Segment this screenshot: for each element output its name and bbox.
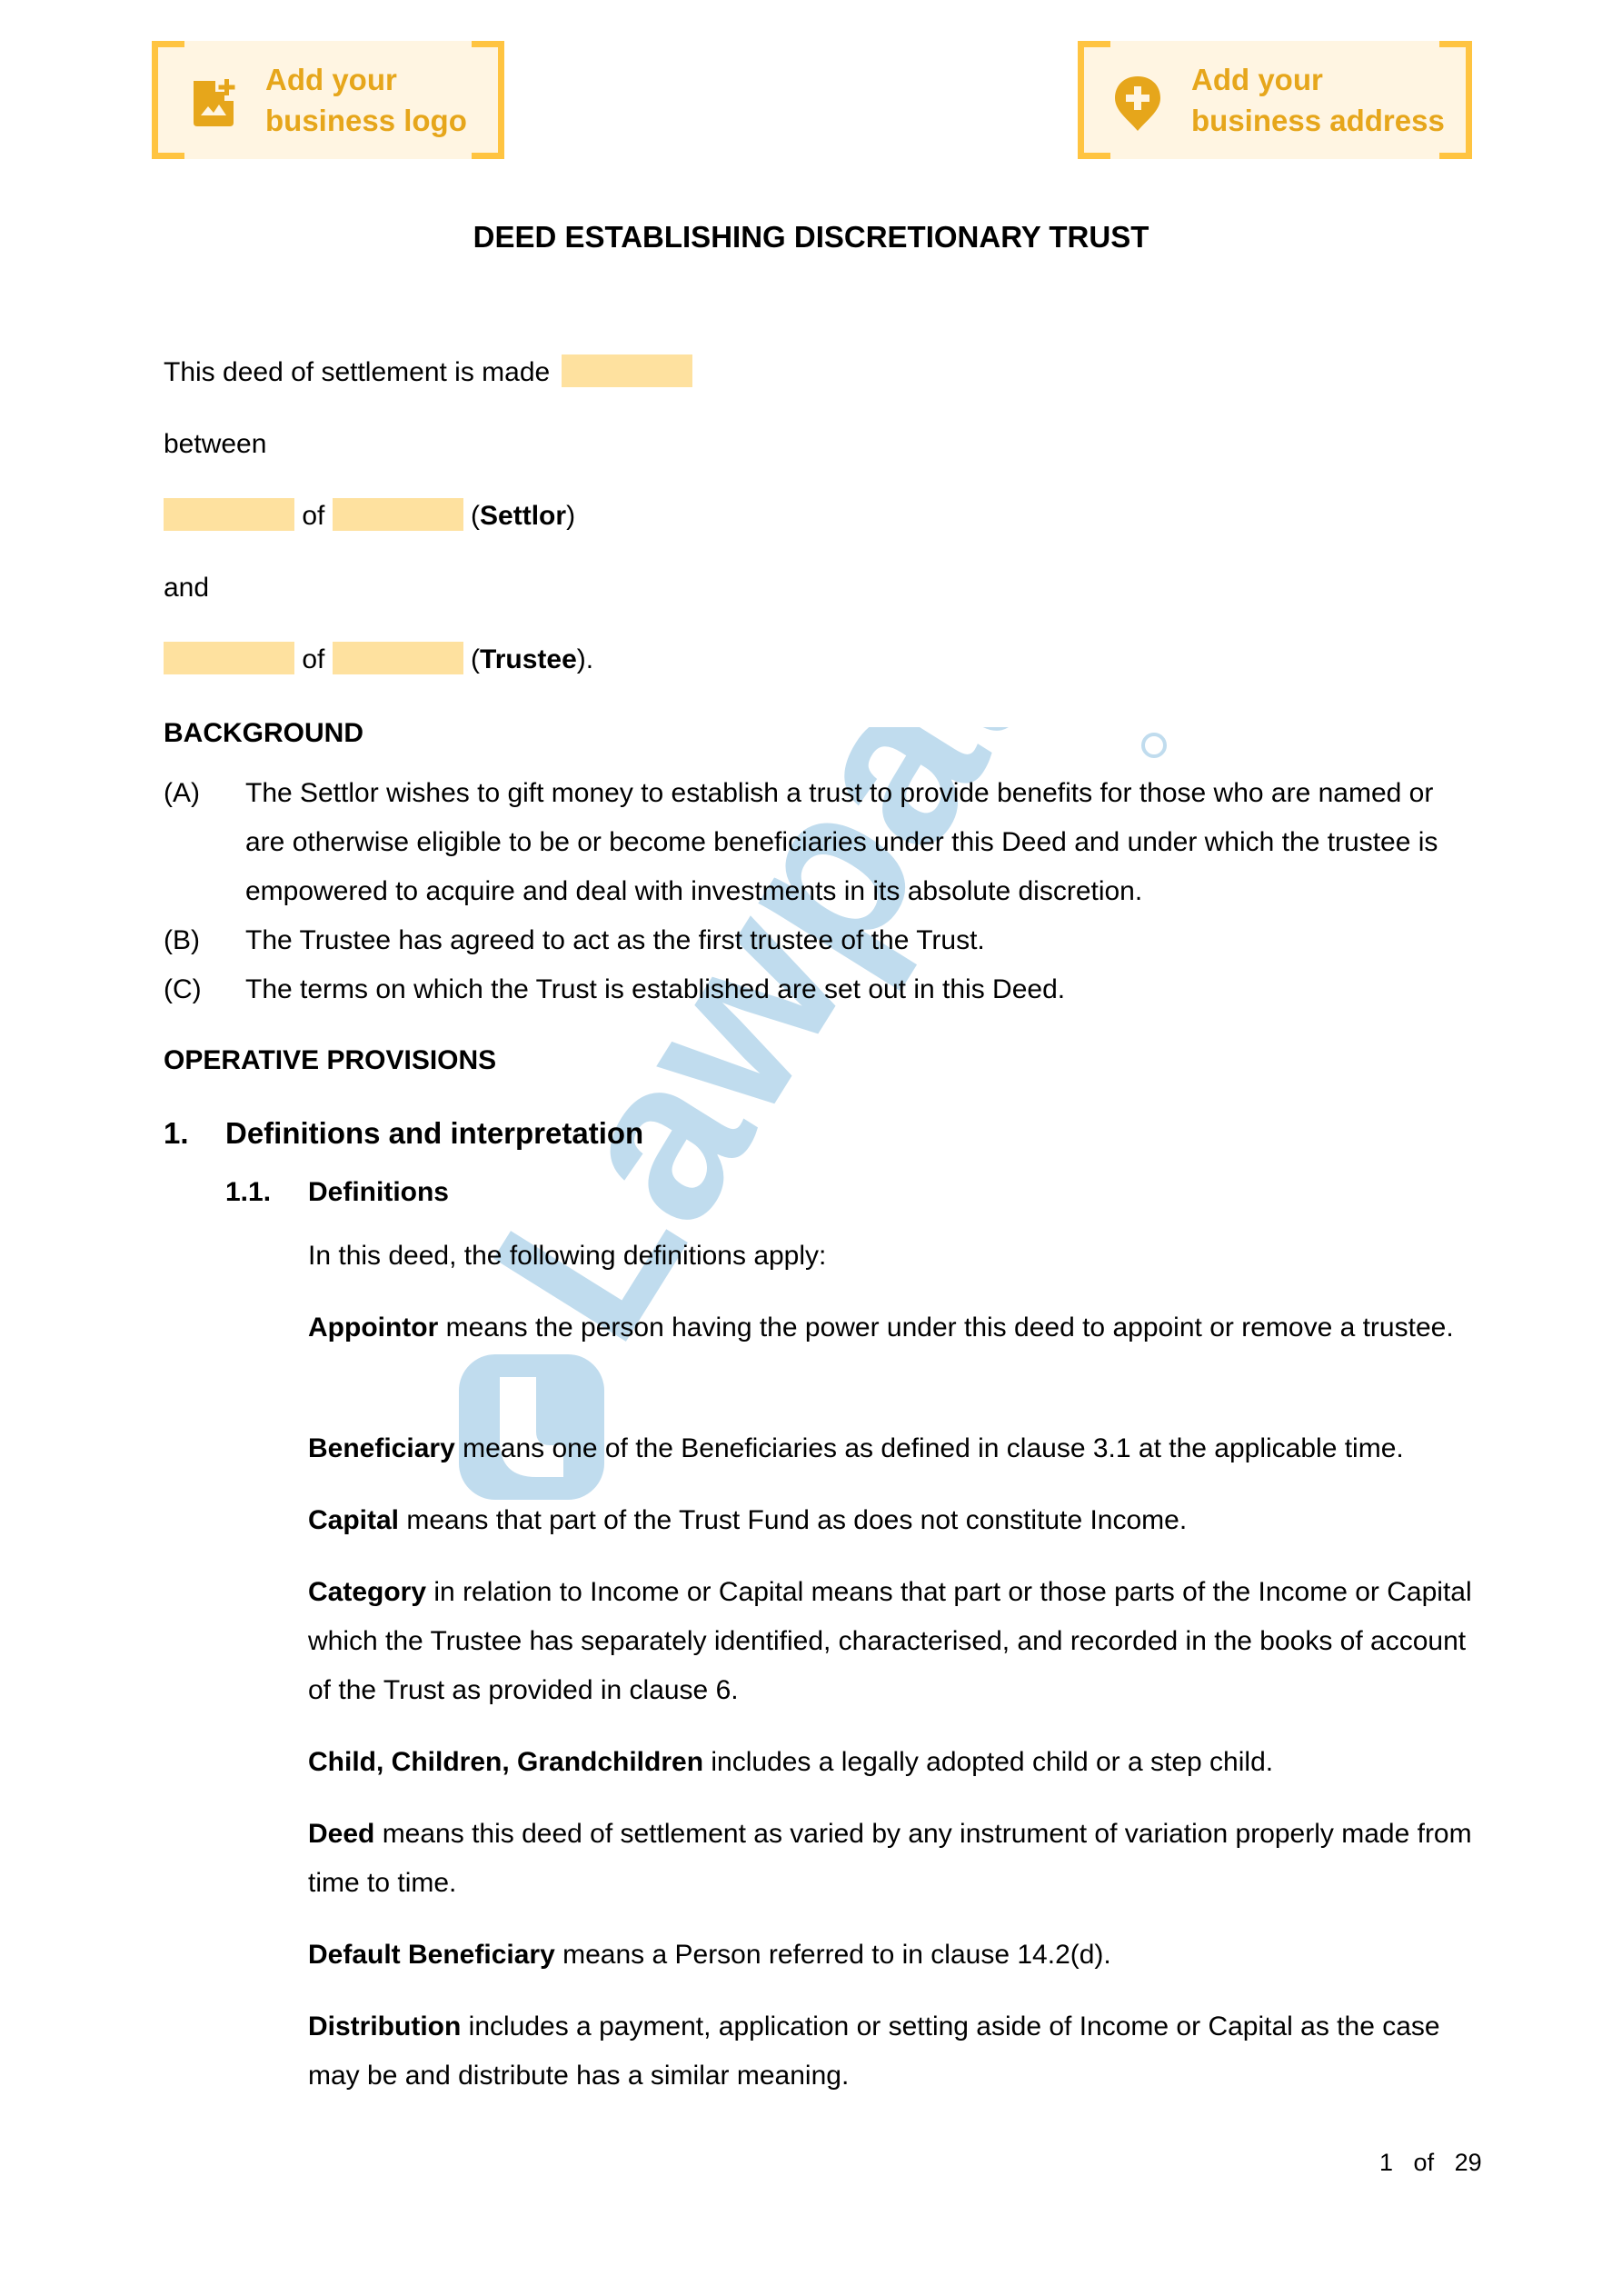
- add-business-address-button[interactable]: Add your business address: [1078, 41, 1472, 159]
- definition-item: Beneficiary means one of the Beneficiari…: [308, 1424, 1480, 1473]
- settlor-line: of (Settlor): [164, 498, 575, 534]
- logo-placeholder-text: Add your business logo: [265, 59, 467, 141]
- section-1-1-heading: 1.1.Definitions: [225, 1177, 449, 1208]
- add-business-logo-button[interactable]: Add your business logo: [152, 41, 504, 159]
- bracket-right: [472, 41, 504, 159]
- image-add-icon: [188, 77, 239, 128]
- recital-c: (C) The terms on which the Trust is esta…: [164, 965, 1472, 1014]
- bracket-left: [152, 41, 184, 159]
- address-placeholder-text: Add your business address: [1191, 59, 1445, 141]
- operative-heading: OPERATIVE PROVISIONS: [164, 1045, 496, 1076]
- recital-b: (B) The Trustee has agreed to act as the…: [164, 916, 1472, 965]
- page-number: 1 of 29: [1379, 2149, 1482, 2177]
- bracket-left: [1078, 41, 1110, 159]
- trustee-name-field[interactable]: [164, 642, 294, 674]
- definition-item: Default Beneficiary means a Person refer…: [308, 1931, 1480, 1980]
- settlor-address-field[interactable]: [333, 498, 463, 531]
- intro-line: This deed of settlement is made: [164, 354, 692, 391]
- trustee-address-field[interactable]: [333, 642, 463, 674]
- date-field[interactable]: [562, 354, 692, 387]
- definition-item: Deed means this deed of settlement as va…: [308, 1810, 1480, 1908]
- settlor-name-field[interactable]: [164, 498, 294, 531]
- background-heading: BACKGROUND: [164, 718, 363, 749]
- definition-item: Child, Children, Grandchildren includes …: [308, 1738, 1480, 1787]
- location-pin-add-icon: [1112, 74, 1163, 134]
- definition-item: Category in relation to Income or Capita…: [308, 1568, 1480, 1715]
- definition-item: Distribution includes a payment, applica…: [308, 2002, 1480, 2101]
- section-1-heading: 1.Definitions and interpretation: [164, 1116, 643, 1151]
- between-label: between: [164, 426, 266, 463]
- trustee-line: of (Trustee).: [164, 642, 593, 678]
- document-title: DEED ESTABLISHING DISCRETIONARY TRUST: [0, 220, 1622, 255]
- definition-item: Appointor means the person having the po…: [308, 1303, 1480, 1353]
- recital-a: (A) The Settlor wishes to gift money to …: [164, 769, 1472, 916]
- definitions-intro: In this deed, the following definitions …: [308, 1232, 1480, 1281]
- and-label: and: [164, 570, 209, 606]
- definition-item: Capital means that part of the Trust Fun…: [308, 1496, 1480, 1545]
